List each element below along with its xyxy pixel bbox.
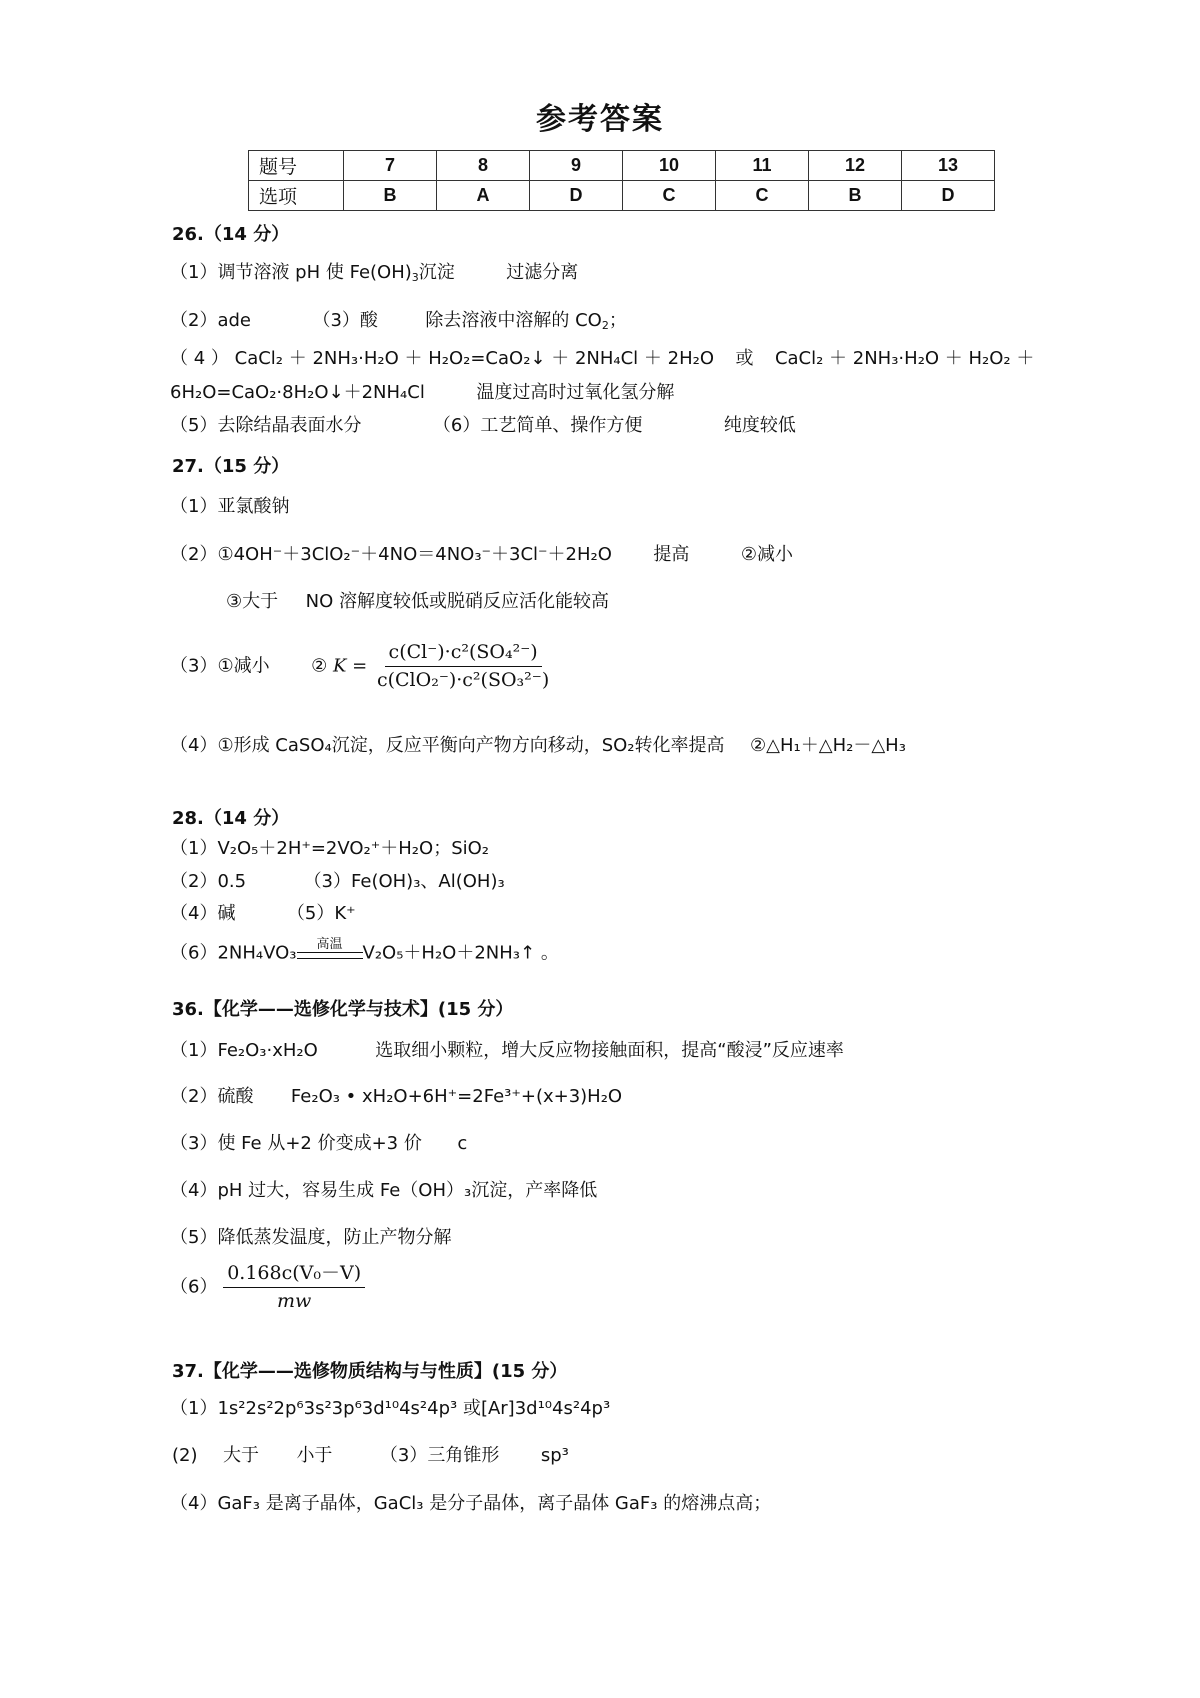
part-label: （4）: [170, 1180, 217, 1201]
answer-text: 大于: [223, 1445, 259, 1466]
equation: Fe₂O₃ • xH₂O+6H⁺=2Fe³⁺+(x+3)H₂O: [291, 1086, 622, 1107]
question-number: 10: [623, 151, 716, 181]
purity-formula-fraction: 0.168c(V₀－V) mw: [223, 1262, 365, 1313]
q28-part1: （1）V₂O₅＋2H⁺=2VO₂⁺＋H₂O；SiO₂: [170, 838, 489, 860]
answer-table: 题号 7 8 9 10 11 12 13 选项 B A D C C B D: [248, 150, 995, 211]
equilibrium-constant-fraction: c(Cl⁻)·c²(SO₄²⁻) c(ClO₂⁻)·c²(SO₃²⁻): [373, 641, 553, 692]
q36-heading: 36.【化学——选修化学与技术】(15 分）: [172, 995, 513, 1021]
equation: CaCl₂ ＋ 2NH₃·H₂O ＋ H₂O₂ ＋: [775, 348, 1034, 369]
equation-lhs: 2NH₄VO₃: [217, 942, 296, 963]
answer-text: 纯度较低: [724, 415, 796, 436]
fraction-numerator: 0.168c(V₀－V): [223, 1262, 365, 1288]
equation: CaCl₂ ＋ 2NH₃·H₂O ＋ H₂O₂=CaO₂↓ ＋ 2NH₄Cl ＋…: [235, 348, 714, 369]
answer-text: 小于: [296, 1445, 332, 1466]
answer-text: pH 过大，容易生成 Fe（OH）₃沉淀，产率降低: [217, 1180, 597, 1201]
answer-text: 过滤分离: [506, 262, 578, 283]
part-label: （3）: [312, 310, 359, 331]
page-title: 参考答案: [0, 94, 1200, 138]
equation: ①4OH⁻＋3ClO₂⁻＋4NO＝4NO₃⁻＋3Cl⁻＋2H₂O: [217, 544, 611, 565]
answer-option: C: [623, 181, 716, 211]
answer-text: 工艺简单、操作方便: [480, 415, 642, 436]
answer-text: 酸: [360, 310, 378, 331]
q36-part5: （5）降低蒸发温度，防止产物分解: [170, 1227, 451, 1249]
part-label: （3）: [304, 871, 351, 892]
part-label: （6）: [170, 1276, 217, 1297]
q28-part4-5: （4）碱 （5）K⁺: [170, 903, 356, 925]
answer-text: ②△H₁＋△H₂－△H₃: [750, 735, 906, 756]
answer-text: 使 Fe 从+2 价变成+3 价: [217, 1133, 421, 1154]
answer-text: 三角锥形: [427, 1445, 499, 1466]
q37-part4: （4）GaF₃ 是离子晶体，GaCl₃ 是分子晶体，离子晶体 GaF₃ 的熔沸点…: [170, 1493, 771, 1515]
equation-rhs: V₂O₅＋H₂O＋2NH₃↑ 。: [363, 942, 559, 963]
q27-part4: （4）①形成 CaSO₄沉淀，反应平衡向产物方向移动，SO₂转化率提高 ②△H₁…: [170, 735, 906, 757]
answer-text: 沉淀: [419, 262, 455, 283]
condition-text: 高温: [317, 938, 343, 952]
question-number: 12: [809, 151, 902, 181]
part-label: （1）: [170, 496, 217, 517]
row-header-question: 题号: [249, 151, 344, 181]
answer-text: 调节溶液 pH 使 Fe(OH): [217, 262, 411, 283]
answer-text: 硫酸: [217, 1086, 253, 1107]
part-label: （5）: [287, 903, 334, 924]
q27-part1: （1）亚氯酸钠: [170, 496, 289, 518]
q26-part4-line2: 6H₂O=CaO₂·8H₂O↓＋2NH₄Cl 温度过高时过氧化氢分解: [170, 382, 674, 404]
part-label: （1）: [170, 1040, 217, 1061]
part-label: （3）: [170, 655, 217, 676]
part-label: （2）: [170, 1086, 217, 1107]
answer-text: 除去溶液中溶解的 CO: [425, 310, 601, 331]
q27-part2-line1: （2）①4OH⁻＋3ClO₂⁻＋4NO＝4NO₃⁻＋3Cl⁻＋2H₂O 提高 ②…: [170, 544, 793, 566]
part-label: （6）: [170, 942, 217, 963]
q36-part4: （4）pH 过大，容易生成 Fe（OH）₃沉淀，产率降低: [170, 1180, 597, 1202]
answer-option: D: [530, 181, 623, 211]
electron-configuration: 1s²2s²2p⁶3s²3p⁶3d¹⁰4s²4p³ 或[Ar]3d¹⁰4s²4p…: [217, 1398, 610, 1419]
q27-part2-line2: ③大于 NO 溶解度较低或脱硝反应活化能较高: [226, 591, 609, 613]
question-number-row: 题号 7 8 9 10 11 12 13: [249, 151, 995, 181]
equation: V₂O₅＋2H⁺=2VO₂⁺＋H₂O；SiO₂: [217, 838, 489, 859]
answer-text: 去除结晶表面水分: [217, 415, 361, 436]
part-label: （1）: [170, 838, 217, 859]
part-label: （2）: [170, 871, 217, 892]
row-header-option: 选项: [249, 181, 344, 211]
part-label: （5）: [170, 1227, 217, 1248]
answer-text: 降低蒸发温度，防止产物分解: [217, 1227, 451, 1248]
answer-option: B: [809, 181, 902, 211]
or-text: 或: [735, 348, 753, 369]
answer-text: 亚氯酸钠: [217, 496, 289, 517]
part-label: （4）: [170, 903, 217, 924]
q28-heading: 28.（14 分）: [172, 804, 289, 830]
answer-option: B: [344, 181, 437, 211]
part-label: (2): [172, 1445, 198, 1466]
q26-part4-line1: （ 4 ） CaCl₂ ＋ 2NH₃·H₂O ＋ H₂O₂=CaO₂↓ ＋ 2N…: [170, 348, 1034, 370]
q28-part6: （6）2NH₄VO₃高温V₂O₅＋H₂O＋2NH₃↑ 。: [170, 938, 559, 964]
answer-text: K⁺: [334, 903, 355, 924]
question-number: 11: [716, 151, 809, 181]
q26-heading: 26.（14 分）: [172, 220, 289, 246]
answer-text: 温度过高时过氧化氢分解: [476, 382, 674, 403]
question-number: 13: [902, 151, 995, 181]
part-label: （6）: [433, 415, 480, 436]
q26-part2-3: （2）ade （3）酸 除去溶液中溶解的 CO2；: [170, 310, 627, 332]
answer-text: 选取细小颗粒，增大反应物接触面积，提高“酸浸”反应速率: [375, 1040, 844, 1061]
part-label: （2）: [170, 544, 217, 565]
q36-part3: （3）使 Fe 从+2 价变成+3 价 c: [170, 1133, 467, 1155]
answer-text: Fe(OH)₃、Al(OH)₃: [351, 871, 505, 892]
part-label: （2）: [170, 310, 217, 331]
question-number: 7: [344, 151, 437, 181]
q36-part2: （2）硫酸 Fe₂O₃ • xH₂O+6H⁺=2Fe³⁺+(x+3)H₂O: [170, 1086, 622, 1108]
fraction-denominator: c(ClO₂⁻)·c²(SO₃²⁻): [373, 667, 553, 692]
answer-text: ③大于: [226, 591, 278, 612]
answer-text: Fe₂O₃·xH₂O: [217, 1040, 317, 1061]
fraction-numerator: c(Cl⁻)·c²(SO₄²⁻): [385, 641, 542, 667]
q37-part1: （1）1s²2s²2p⁶3s²3p⁶3d¹⁰4s²4p³ 或[Ar]3d¹⁰4s…: [170, 1398, 610, 1420]
answer-text: ②减小: [741, 544, 793, 565]
q27-heading: 27.（15 分）: [172, 452, 289, 478]
answer-option: D: [902, 181, 995, 211]
q37-heading: 37.【化学——选修物质结构与与性质】(15 分）: [172, 1357, 567, 1383]
part-label: （ 4 ）: [170, 348, 229, 369]
fraction-denominator: mw: [273, 1288, 315, 1313]
reaction-condition: 高温: [297, 938, 363, 964]
answer-text: sp³: [541, 1445, 569, 1466]
q28-part2-3: （2）0.5 （3）Fe(OH)₃、Al(OH)₃: [170, 871, 505, 893]
answer-text: NO 溶解度较低或脱硝反应活化能较高: [306, 591, 609, 612]
part-label: （3）: [380, 1445, 427, 1466]
answer-text: 提高: [653, 544, 689, 565]
part-label: （4）: [170, 1493, 217, 1514]
answer-option: C: [716, 181, 809, 211]
answer-text: 0.5: [217, 871, 246, 892]
q26-part1: （1）调节溶液 pH 使 Fe(OH)3沉淀 过滤分离: [170, 262, 578, 284]
answer-text: GaF₃ 是离子晶体，GaCl₃ 是分子晶体，离子晶体 GaF₃ 的熔沸点高；: [217, 1493, 771, 1514]
answer-text: ①减小: [217, 655, 269, 676]
answer-text: ①形成 CaSO₄沉淀，反应平衡向产物方向移动，SO₂转化率提高: [217, 735, 724, 756]
question-number: 9: [530, 151, 623, 181]
part-label: （4）: [170, 735, 217, 756]
answer-text: 碱: [217, 903, 235, 924]
equation: 6H₂O=CaO₂·8H₂O↓＋2NH₄Cl: [170, 382, 425, 403]
k-symbol: K: [333, 655, 346, 676]
answer-key-page: 参考答案 题号 7 8 9 10 11 12 13 选项 B A D C C B…: [0, 0, 1200, 1698]
answer-option: A: [437, 181, 530, 211]
double-equals-sign: [297, 952, 363, 959]
q36-part1: （1）Fe₂O₃·xH₂O 选取细小颗粒，增大反应物接触面积，提高“酸浸”反应速…: [170, 1040, 844, 1062]
part-label: （3）: [170, 1133, 217, 1154]
q27-part3: （3）①减小 ② K = c(Cl⁻)·c²(SO₄²⁻) c(ClO₂⁻)·c…: [170, 641, 553, 692]
q26-part5-6: （5）去除结晶表面水分 （6）工艺简单、操作方便 纯度较低: [170, 415, 796, 437]
answer-text: c: [457, 1133, 467, 1154]
answer-text: ade: [217, 310, 251, 331]
part-label: （1）: [170, 1398, 217, 1419]
part-label: （5）: [170, 415, 217, 436]
answer-option-row: 选项 B A D C C B D: [249, 181, 995, 211]
q36-part6: （6） 0.168c(V₀－V) mw: [170, 1262, 365, 1313]
q37-part2-3: (2) 大于 小于 （3）三角锥形 sp³: [172, 1445, 569, 1467]
question-number: 8: [437, 151, 530, 181]
part-label: （1）: [170, 262, 217, 283]
